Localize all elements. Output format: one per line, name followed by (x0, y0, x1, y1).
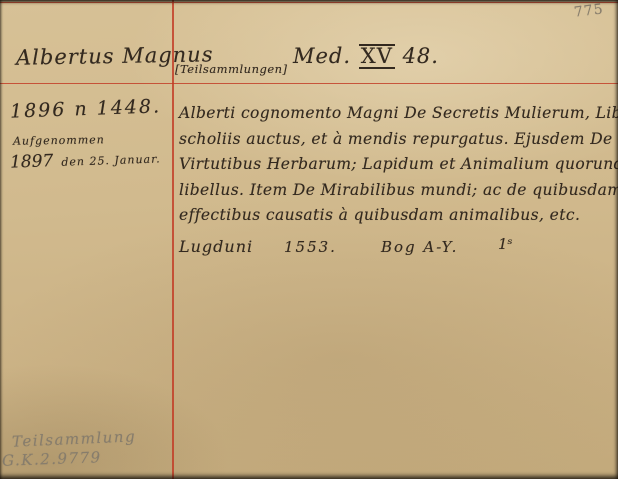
imprint-place: Lugduni (179, 237, 253, 256)
accession-recorded-label: Aufgenommen (13, 133, 105, 148)
pencil-number-top-right: 775 (573, 1, 604, 21)
accession-year: 1897 (10, 151, 54, 172)
imprint-collation: Bog A-Y. (381, 238, 458, 256)
vertical-rule (172, 0, 174, 479)
shelfmark-prefix: Med. (293, 44, 351, 68)
title-line: effectibus causatis à quibusdam animalib… (179, 203, 611, 229)
accession-numbers: 1896 n 1448. (10, 95, 162, 122)
shelfmark-number: 48. (403, 44, 439, 68)
title-line: Alberti cognomento Magni De Secretis Mul… (179, 101, 611, 127)
horizontal-rule-header (0, 83, 618, 84)
shelfmark-roman-numeral: XV (359, 44, 395, 69)
pencil-signature-note: G.K.2.9779 (2, 448, 102, 469)
accession-day: den 25. Januar. (61, 152, 161, 168)
subcollection-note: [Teilsammlungen] (175, 62, 288, 76)
title-entry: Alberti cognomento Magni De Secretis Mul… (179, 101, 611, 229)
horizontal-rule-top (0, 2, 618, 3)
imprint-copies: 1ˢ (498, 235, 513, 253)
title-line: scholiis auctus, et à mendis repurgatus.… (179, 127, 611, 153)
title-line: Virtutibus Herbarum; Lapidum et Animaliu… (179, 152, 611, 178)
title-line: libellus. Item De Mirabilibus mundi; ac … (179, 178, 611, 204)
catalog-card: Albertus Magnus Med. XV 48. [Teilsammlun… (0, 0, 618, 479)
pencil-teilsammlung-note: Teilsammlung (12, 427, 137, 450)
accession-recorded-date: 1897den 25. Januar. (10, 147, 161, 172)
shelfmark: Med. XV 48. (293, 44, 439, 69)
imprint-year: 1553. (284, 238, 337, 256)
